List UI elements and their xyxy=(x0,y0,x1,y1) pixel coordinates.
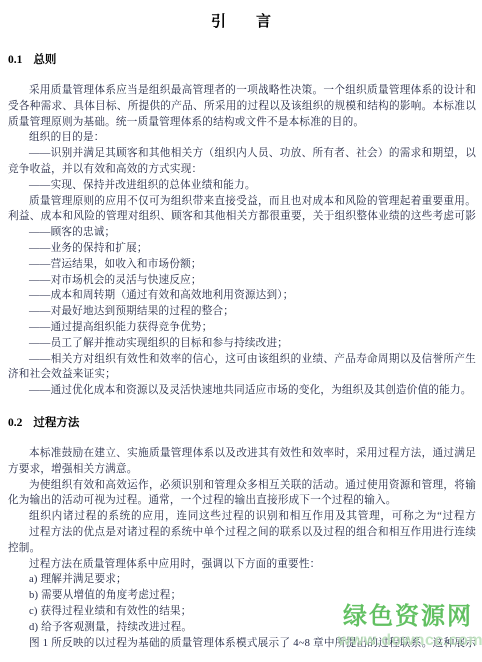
text-line: 竞争收益，并以有效和高效的方式实现： xyxy=(8,162,476,178)
text-line: 为使组织有效和高效运作，必须识别和管理众多相互关联的活动。通过使用资源和管理，将… xyxy=(8,478,476,494)
section-heading: 0.1总则 xyxy=(8,53,476,67)
text-line: ——对市场机会的灵活与快速反应； xyxy=(8,273,476,289)
text-line: 质量管理原则为基础。统一质量管理体系的结构或文件不是本标准的目的。 xyxy=(8,115,476,131)
document-content: 0.1总则采用质量管理体系应当是组织最高管理者的一项战略性决策。一个组织质量管理… xyxy=(0,53,482,651)
text-line: 质量管理原则的应用不仅可为组织带来直接受益，而且也对成本和风险的管理起着重要重用… xyxy=(8,194,476,210)
text-line: 本标准鼓励在建立、实施质量管理体系以及改进其有效性和效率时，采用过程方法，通过满… xyxy=(8,446,476,462)
section-heading: 0.2过程方法 xyxy=(8,416,476,430)
document-page: 引 言 0.1总则采用质量管理体系应当是组织最高管理者的一项战略性决策。一个组织… xyxy=(0,0,482,662)
text-line: 利益、成本和风险的管理对组织、顾客和其他相关方都很重要，关于组织整体业绩的这些考… xyxy=(8,209,476,225)
text-line: 控制。 xyxy=(8,541,476,557)
section-0.2: 0.2过程方法本标准鼓励在建立、实施质量管理体系以及改进其有效性和效率时，采用过… xyxy=(8,416,476,651)
page-title: 引 言 xyxy=(0,0,482,34)
text-line: 过程方法在质量管理体系中应用时，强调以下方面的重要性： xyxy=(8,557,476,573)
text-line: ——业务的保持和扩展； xyxy=(8,241,476,257)
section-body: 采用质量管理体系应当是组织最高管理者的一项战略性决策。一个组织质量管理体系的设计… xyxy=(8,83,476,399)
text-line: 图 1 所反映的以过程为基础的质量管理体系模式展示了 4~8 章中所提出的过程联… xyxy=(8,636,476,652)
section-0.1: 0.1总则采用质量管理体系应当是组织最高管理者的一项战略性决策。一个组织质量管理… xyxy=(8,53,476,399)
text-line: 受各种需求、具体目标、所提供的产品、所采用的过程以及该组织的规模和结构的影响。本… xyxy=(8,99,476,115)
text-line: 过程方法的优点是对诸过程的系统中单个过程之间的联系以及过程的组合和相互作用进行连… xyxy=(8,525,476,541)
text-line: 采用质量管理体系应当是组织最高管理者的一项战略性决策。一个组织质量管理体系的设计… xyxy=(8,83,476,99)
text-line: 方要求，增强相关方满意。 xyxy=(8,462,476,478)
text-line: ——成本和周转期（通过有效和高效地利用资源达到）； xyxy=(8,288,476,304)
text-line: 济和社会效益来证实； xyxy=(8,367,476,383)
text-line: b) 需要从增值的角度考虑过程； xyxy=(8,588,476,604)
text-line: 组织的目的是： xyxy=(8,130,476,146)
section-title: 总则 xyxy=(33,54,56,66)
text-line: c) 获得过程业绩和有效性的结果； xyxy=(8,604,476,620)
text-line: 组织内诸过程的系统的应用，连同这些过程的识别和相互作用及其管理，可称之为“过程方… xyxy=(8,509,476,525)
section-number: 0.1 xyxy=(8,53,22,67)
section-body: 本标准鼓励在建立、实施质量管理体系以及改进其有效性和效率时，采用过程方法，通过满… xyxy=(8,446,476,651)
section-number: 0.2 xyxy=(8,416,22,430)
text-line: ——相关方对组织有效性和效率的信心，这可由该组织的业绩、产品寿命周期以及信誉所产… xyxy=(8,352,476,368)
text-line: ——识别并满足其顾客和其他相关方（组织内人员、功放、所有者、社会）的需求和期望，… xyxy=(8,146,476,162)
text-line: ——顾客的忠诚； xyxy=(8,225,476,241)
text-line: a) 理解并满足要求； xyxy=(8,572,476,588)
text-line: d) 给予客观测量，持续改进过程。 xyxy=(8,620,476,636)
text-line: 化为输出的活动可视为过程。通常，一个过程的输出直接形成下一个过程的输入。 xyxy=(8,493,476,509)
text-line: ——对最好地达到预期结果的过程的整合； xyxy=(8,304,476,320)
text-line: ——实现、保持并改进组织的总体业绩和能力。 xyxy=(8,178,476,194)
text-line: ——通过优化成本和资源以及灵活快速地共同适应市场的变化，为组织及其创造价值的能力… xyxy=(8,383,476,399)
text-line: ——员工了解并推动实现组织的目标和参与持续改进； xyxy=(8,336,476,352)
section-title: 过程方法 xyxy=(33,417,79,429)
text-line: ——通过提高组织能力获得竞争优势； xyxy=(8,320,476,336)
text-line: ——营运结果，如收入和市场份额； xyxy=(8,257,476,273)
